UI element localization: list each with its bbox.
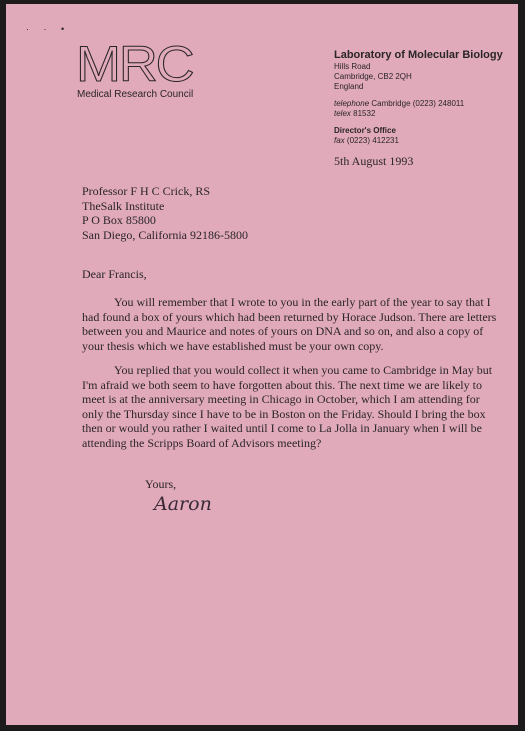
closing: Yours,	[145, 477, 176, 492]
signature: Aaron	[154, 493, 212, 515]
fax-line: fax (0223) 412231	[334, 136, 503, 146]
recipient-line: San Diego, California 92186-5800	[82, 228, 248, 243]
telex-label: telex	[334, 109, 351, 118]
fax-value: (0223) 412231	[347, 136, 399, 145]
letter-page: · · • MRC Medical Research Council Labor…	[6, 4, 518, 725]
lab-address-block: Laboratory of Molecular Biology Hills Ro…	[334, 49, 503, 146]
letter-date: 5th August 1993	[334, 154, 413, 169]
salutation: Dear Francis,	[82, 267, 147, 282]
paper-specks: · · •	[26, 24, 70, 34]
fax-label: fax	[334, 136, 345, 145]
telex-value: 81532	[353, 109, 375, 118]
logo-text: MRC	[76, 41, 203, 87]
lab-name: Laboratory of Molecular Biology	[334, 49, 503, 62]
telephone-value: Cambridge (0223) 248011	[371, 99, 464, 108]
body-paragraph: You replied that you would collect it wh…	[82, 363, 502, 450]
telephone-label: telephone	[334, 99, 369, 108]
address-line: England	[334, 82, 503, 92]
mrc-logo: MRC Medical Research Council	[76, 41, 193, 100]
telephone-line: telephone Cambridge (0223) 248011	[334, 99, 503, 109]
recipient-line: TheSalk Institute	[82, 199, 248, 214]
body-paragraph: You will remember that I wrote to you in…	[82, 295, 502, 353]
office-name: Director's Office	[334, 126, 503, 136]
telex-line: telex 81532	[334, 109, 503, 119]
address-line: Hills Road	[334, 62, 503, 72]
address-line: Cambridge, CB2 2QH	[334, 72, 503, 82]
recipient-address: Professor F H C Crick, RS TheSalk Instit…	[82, 184, 248, 242]
recipient-line: P O Box 85800	[82, 213, 248, 228]
recipient-line: Professor F H C Crick, RS	[82, 184, 248, 199]
